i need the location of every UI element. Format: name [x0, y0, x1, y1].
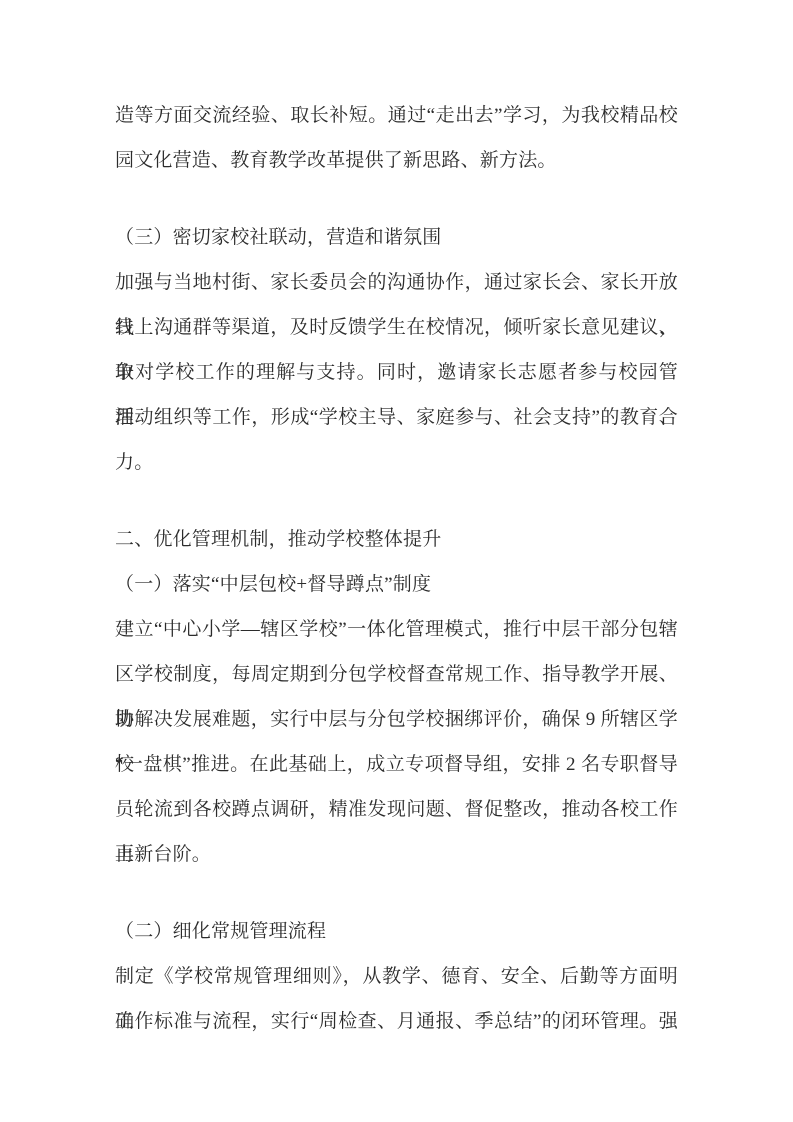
- text-line: 力。: [115, 440, 678, 485]
- text-line: 上新台阶。: [115, 832, 678, 877]
- heading-line: （二）细化常规管理流程: [115, 909, 678, 954]
- document-content: 造等方面交流经验、取长补短。通过“走出去”学习，为我校精品校 园文化营造、教育教…: [0, 0, 793, 1044]
- text-line: 员轮流到各校蹲点调研，精准发现问题、督促整改，推动各校工作再: [115, 787, 678, 832]
- text-line: 建立“中心小学—辖区学校”一体化管理模式，推行中层干部分包辖: [115, 607, 678, 652]
- section-heading-2: （二）细化常规管理流程: [115, 909, 678, 954]
- document-page: 造等方面交流经验、取长补短。通过“走出去”学习，为我校精品校 园文化营造、教育教…: [0, 0, 793, 1122]
- text-line: 造等方面交流经验、取长补短。通过“走出去”学习，为我校精品校: [115, 93, 678, 138]
- paragraph-routine: 制定《学校常规管理细则》，从教学、德育、安全、后勤等方面明确 工作标准与流程，实…: [115, 954, 678, 1044]
- text-line: “一盘棋”推进。在此基础上，成立专项督导组，安排 2 名专职督导: [115, 742, 678, 787]
- section-heading-1: （一）落实“中层包校+督导蹲点”制度: [115, 562, 678, 607]
- text-line: 线上沟通群等渠道，及时反馈学生在校情况，倾听家长意见建议，争: [115, 305, 678, 350]
- text-line: 助解决发展难题，实行中层与分包学校捆绑评价，确保 9 所辖区学校: [115, 697, 678, 742]
- text-line: 活动组织等工作，形成“学校主导、家庭参与、社会支持”的教育合: [115, 395, 678, 440]
- section-heading-3: （三）密切家校社联动，营造和谐氛围: [115, 215, 678, 260]
- heading-line: （三）密切家校社联动，营造和谐氛围: [115, 215, 678, 260]
- heading-line: （一）落实“中层包校+督导蹲点”制度: [115, 562, 678, 607]
- paragraph-home-school: 加强与当地村街、家长委员会的沟通协作，通过家长会、家长开放日、 线上沟通群等渠道…: [115, 260, 678, 485]
- text-line: 加强与当地村街、家长委员会的沟通协作，通过家长会、家长开放日、: [115, 260, 678, 305]
- text-line: 区学校制度，每周定期到分包学校督查常规工作、指导教学开展、协: [115, 652, 678, 697]
- paragraph-continuation: 造等方面交流经验、取长补短。通过“走出去”学习，为我校精品校 园文化营造、教育教…: [115, 93, 678, 183]
- text-line: 园文化营造、教育教学改革提供了新思路、新方法。: [115, 138, 678, 183]
- paragraph-management: 建立“中心小学—辖区学校”一体化管理模式，推行中层干部分包辖 区学校制度，每周定…: [115, 607, 678, 877]
- text-line: 工作标准与流程，实行“周检查、月通报、季总结”的闭环管理。强: [115, 999, 678, 1044]
- text-line: 制定《学校常规管理细则》，从教学、德育、安全、后勤等方面明确: [115, 954, 678, 999]
- heading-line: 二、优化管理机制，推动学校整体提升: [115, 517, 678, 562]
- chapter-heading-2: 二、优化管理机制，推动学校整体提升: [115, 517, 678, 562]
- text-line: 取对学校工作的理解与支持。同时，邀请家长志愿者参与校园管理、: [115, 350, 678, 395]
